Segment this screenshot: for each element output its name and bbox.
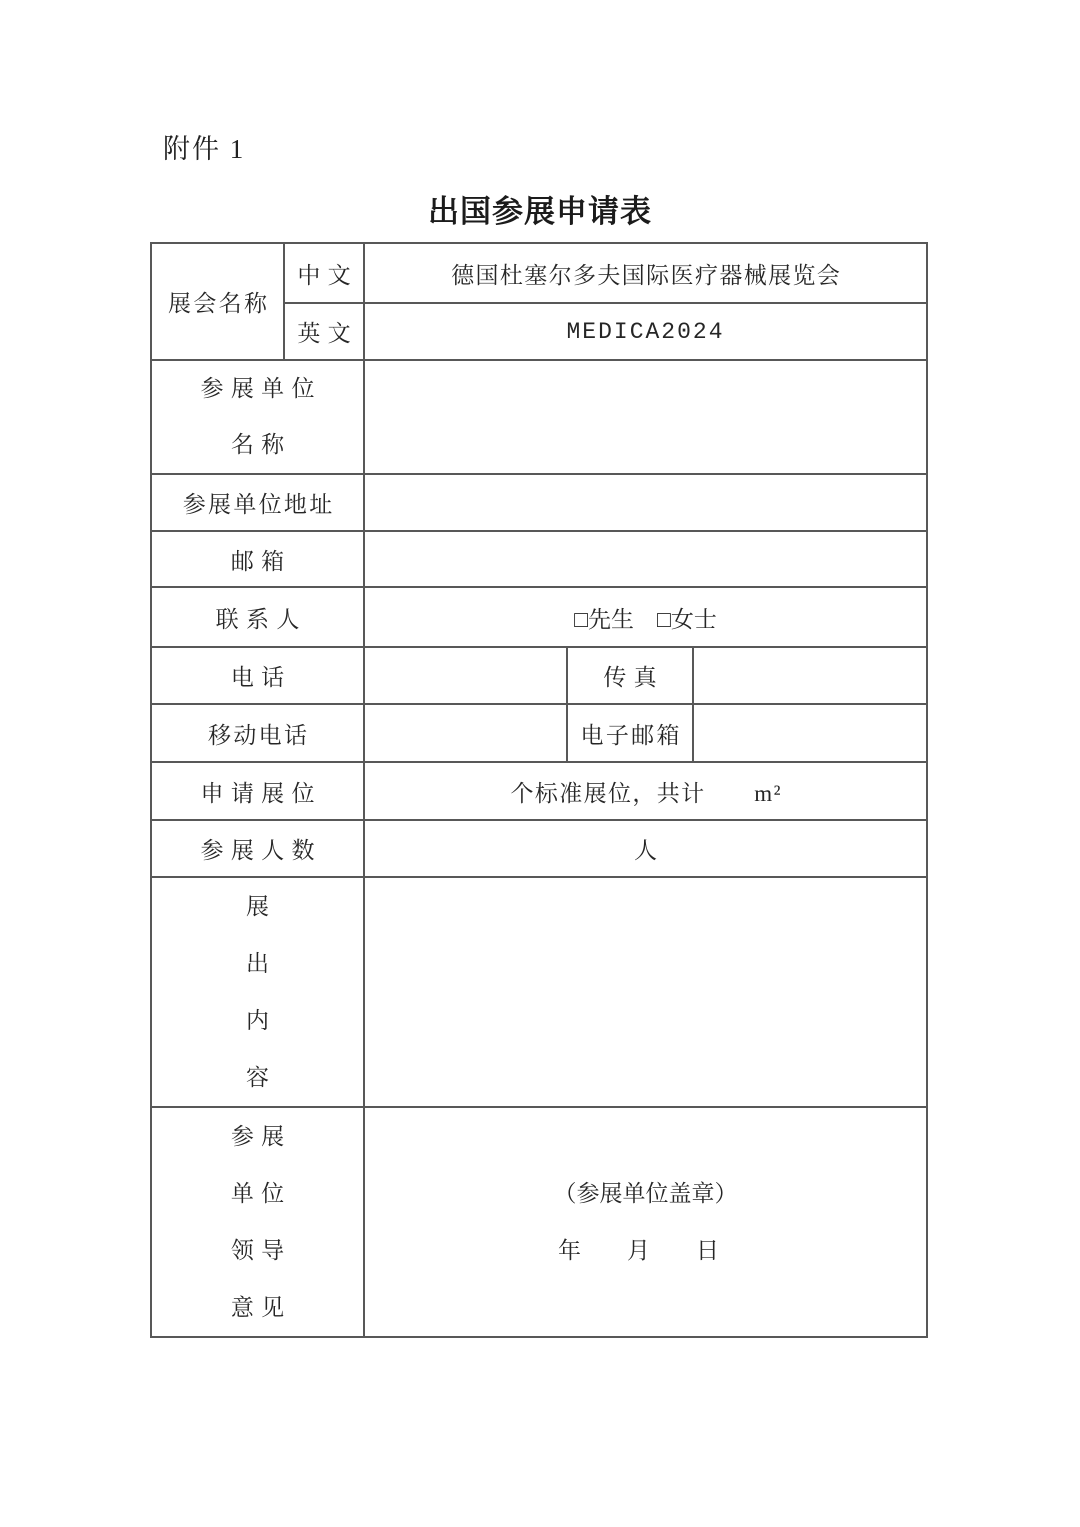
exhibit-content-char-1: 展 [246, 894, 269, 919]
row-exhibitor-name: 参展单位 名称 [151, 360, 927, 474]
field-label-phone: 电话 [151, 647, 364, 704]
field-input-email [364, 531, 927, 587]
field-label-exhibitor-name-line1: 参展单位 [200, 376, 321, 401]
field-label-exhibition-name-text: 展会名称 [168, 291, 269, 316]
field-input-phone [364, 647, 567, 704]
date-line: 年 月 日 [365, 1222, 912, 1279]
field-label-chinese: 中文 [284, 243, 364, 303]
field-label-attendee-count: 参展人数 [151, 820, 364, 877]
field-label-exhibitor-address: 参展单位地址 [151, 474, 364, 531]
field-input-exhibitor-name [364, 360, 927, 474]
field-cell-leader-opinion: （参展单位盖章） 年 月 日 [364, 1107, 927, 1337]
field-input-contact-person: □先生 □女士 [364, 587, 927, 647]
field-value-attendee-count-text: 人 [634, 838, 657, 863]
field-value-chinese-name: 德国杜塞尔多夫国际医疗器械展览会 [364, 243, 927, 303]
exhibit-content-char-2: 出 [246, 951, 269, 976]
leader-opinion-line-4: 意见 [231, 1295, 292, 1320]
stamp-note: （参展单位盖章） [365, 1165, 926, 1222]
field-value-booth-request: 个标准展位，共计 m² [364, 762, 927, 820]
attachment-label: 附件 1 [163, 127, 245, 166]
application-form-table: 展会名称 中文 德国杜塞尔多夫国际医疗器械展览会 英文 MEDICA2024 参… [150, 242, 928, 1338]
field-label-exhibitor-name: 参展单位 名称 [151, 360, 364, 474]
field-label-exhibit-content: 展 出 内 容 [151, 877, 364, 1107]
row-booth-request: 申请展位 个标准展位，共计 m² [151, 762, 927, 820]
field-label-exhibitor-name-line2: 名称 [231, 432, 292, 457]
row-phone-fax: 电话 传真 [151, 647, 927, 704]
field-input-fax [693, 647, 927, 704]
row-leader-opinion: 参展 单位 领导 意见 （参展单位盖章） 年 月 日 [151, 1107, 927, 1337]
leader-opinion-line-2: 单位 [231, 1181, 292, 1206]
field-input-mobile [364, 704, 567, 762]
leader-opinion-line-1: 参展 [231, 1124, 292, 1149]
field-label-mobile-text: 移动电话 [208, 723, 309, 748]
field-label-booth-request: 申请展位 [151, 762, 364, 820]
field-input-exhibitor-address [364, 474, 927, 531]
field-label-attendee-count-text: 参展人数 [200, 838, 321, 863]
field-label-english: 英文 [284, 303, 364, 360]
field-label-contact-person-text: 联系人 [216, 607, 307, 632]
row-exhibitor-address: 参展单位地址 [151, 474, 927, 531]
field-label-leader-opinion: 参展 单位 领导 意见 [151, 1107, 364, 1337]
exhibit-content-char-4: 容 [246, 1065, 269, 1090]
row-exhibit-content: 展 出 内 容 [151, 877, 927, 1107]
field-input-e-mail [693, 704, 927, 762]
field-label-phone-text: 电话 [231, 665, 292, 690]
field-label-chinese-text: 中文 [297, 263, 358, 288]
field-label-booth-request-text: 申请展位 [200, 781, 321, 806]
row-mobile-email2: 移动电话 电子邮箱 [151, 704, 927, 762]
row-contact-person: 联系人 □先生 □女士 [151, 587, 927, 647]
page-title: 出国参展申请表 [0, 186, 1080, 231]
exhibit-content-char-3: 内 [246, 1008, 269, 1033]
field-label-english-text: 英文 [297, 321, 358, 346]
field-label-email-text: 邮箱 [231, 549, 292, 574]
gender-checkbox-options: □先生 □女士 [574, 607, 717, 632]
field-label-exhibition-name: 展会名称 [151, 243, 284, 360]
leader-opinion-line-3: 领导 [231, 1238, 292, 1263]
field-value-chinese-name-text: 德国杜塞尔多夫国际医疗器械展览会 [451, 263, 841, 288]
row-attendee-count: 参展人数 人 [151, 820, 927, 877]
document-page: 附件 1 出国参展申请表 展会名称 中文 德国杜塞尔多夫国际医疗器械展览会 英文 [0, 0, 1080, 1527]
field-value-english-name: MEDICA2024 [364, 303, 927, 360]
field-value-booth-request-text: 个标准展位，共计 m² [511, 781, 782, 806]
field-label-e-mail: 电子邮箱 [567, 704, 693, 762]
row-email: 邮箱 [151, 531, 927, 587]
field-input-exhibit-content [364, 877, 927, 1107]
field-label-mobile: 移动电话 [151, 704, 364, 762]
field-label-email: 邮箱 [151, 531, 364, 587]
field-label-e-mail-text: 电子邮箱 [581, 723, 682, 748]
field-value-english-name-text: MEDICA2024 [566, 319, 724, 345]
row-exhibition-name-zh: 展会名称 中文 德国杜塞尔多夫国际医疗器械展览会 [151, 243, 927, 303]
field-label-fax: 传真 [567, 647, 693, 704]
field-label-exhibitor-address-text: 参展单位地址 [183, 492, 335, 517]
field-label-contact-person: 联系人 [151, 587, 364, 647]
field-label-fax-text: 传真 [603, 665, 664, 690]
field-value-attendee-count: 人 [364, 820, 927, 877]
